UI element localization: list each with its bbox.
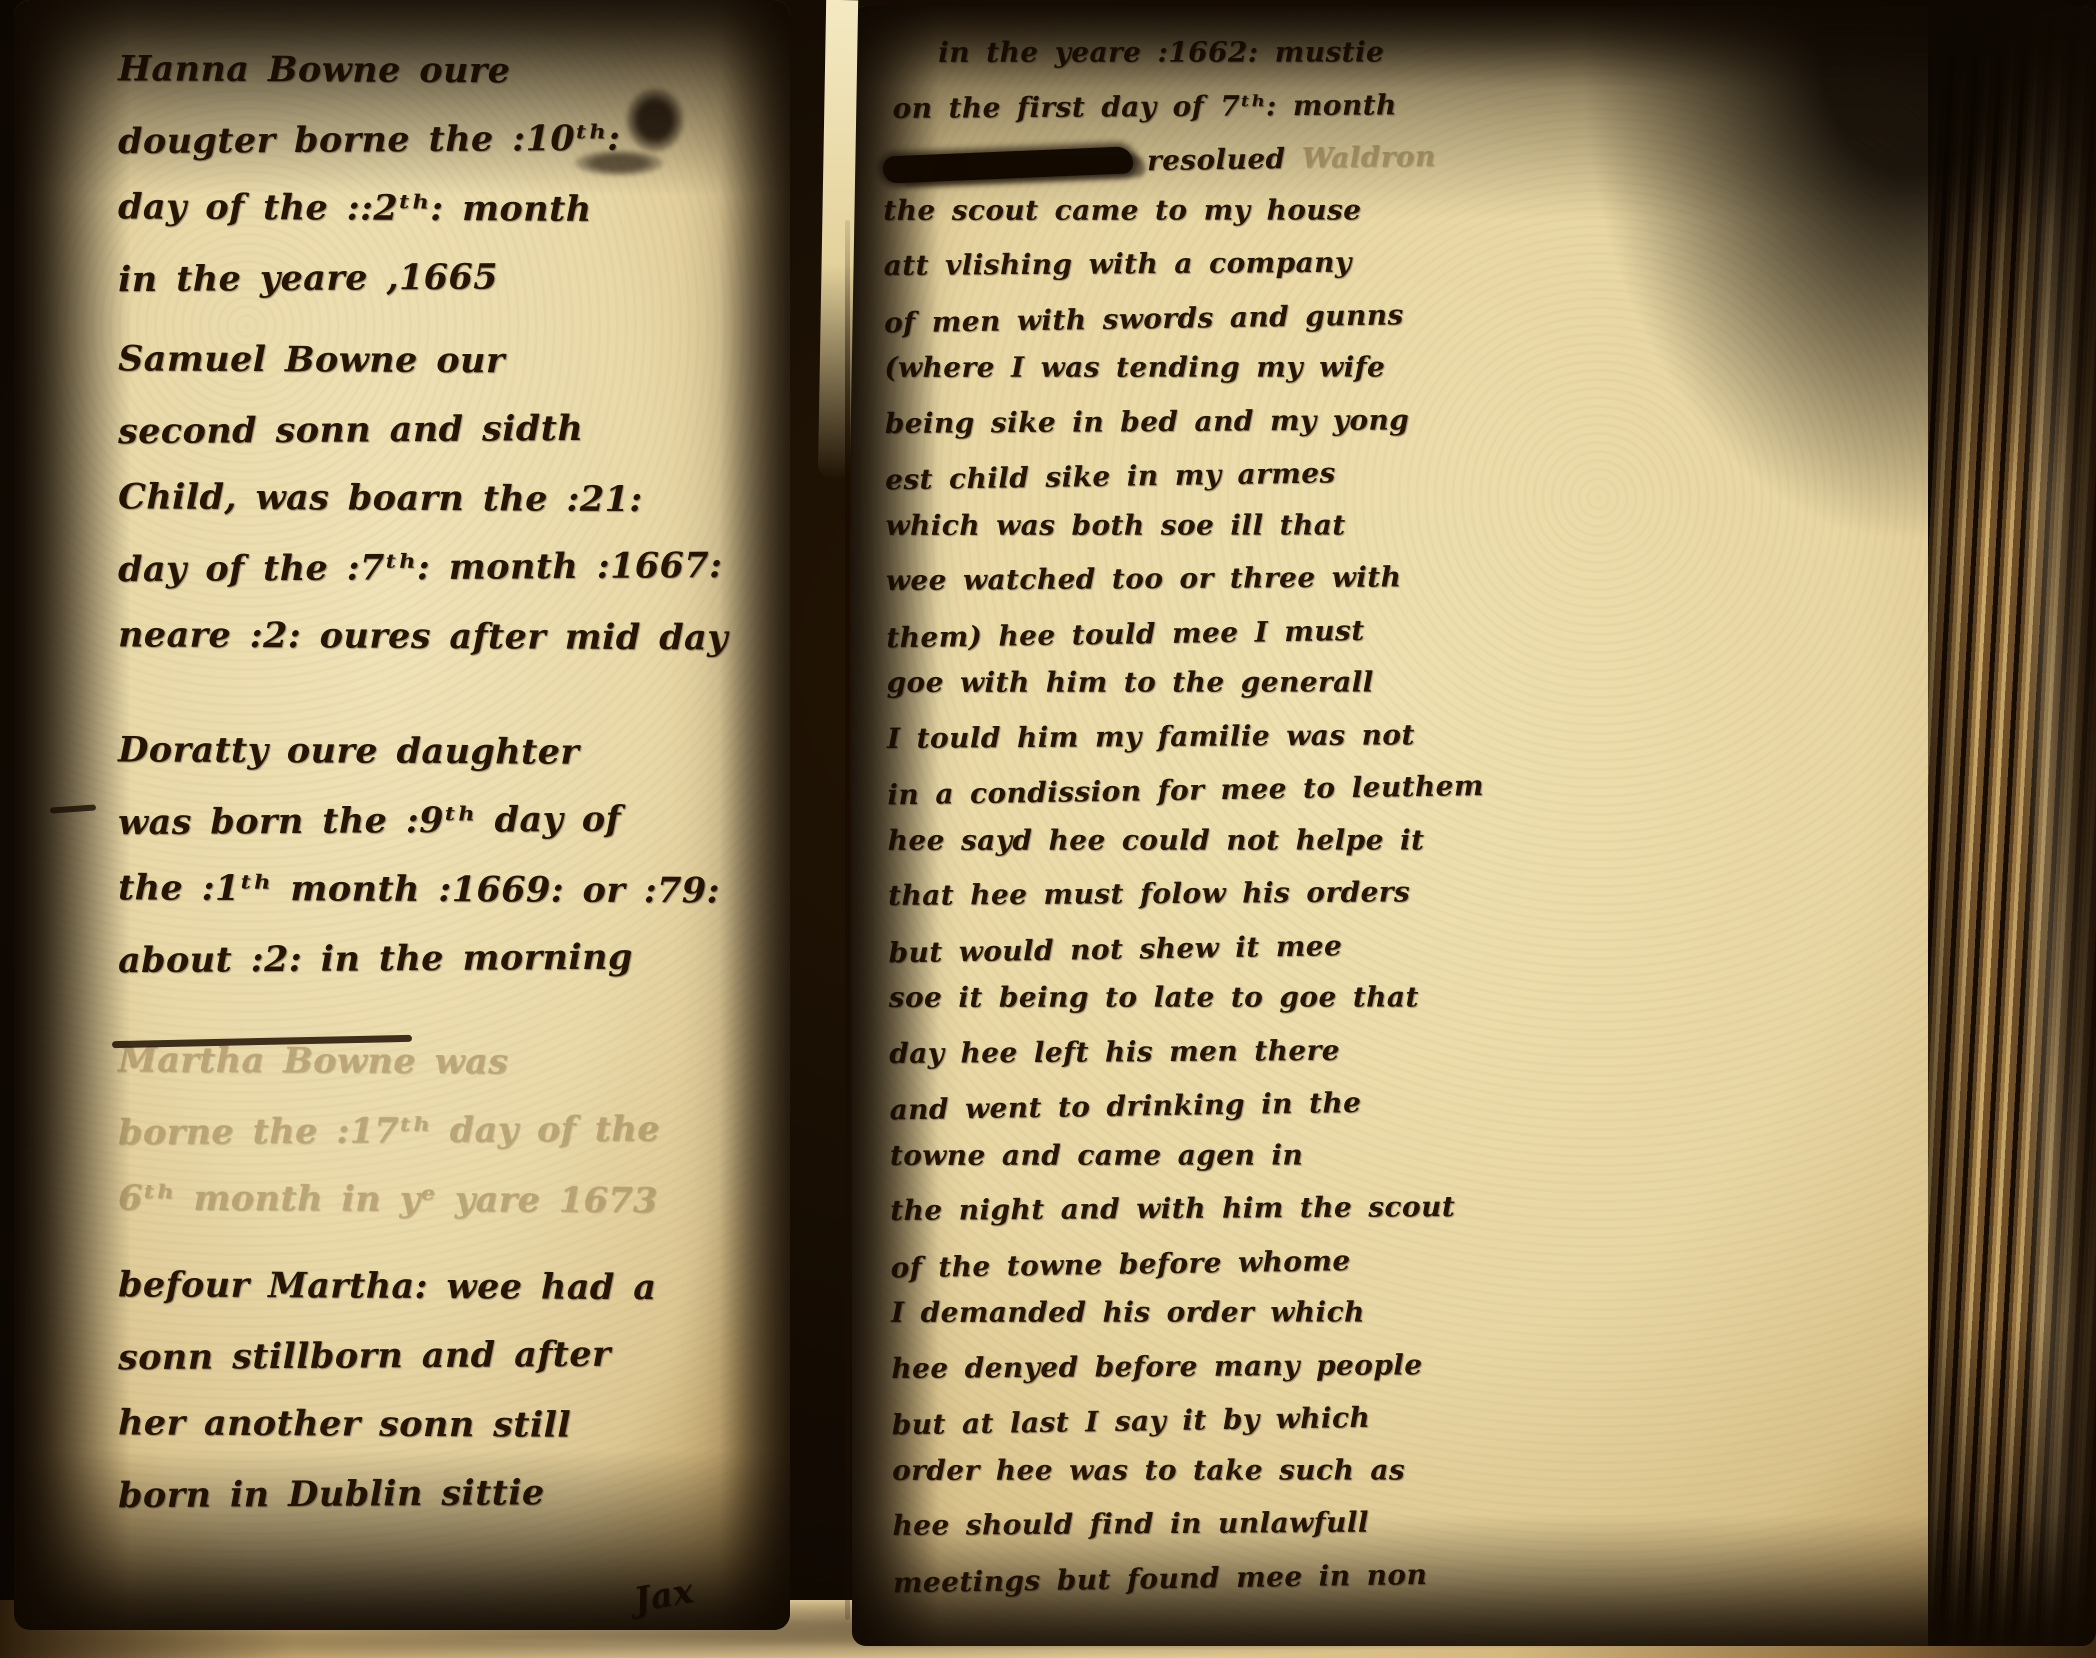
manuscript-line: order hee was to take such as xyxy=(892,1443,1902,1496)
right-page: in the yeare :1662: mustieon the first d… xyxy=(852,6,2096,1646)
manuscript-line: her another sonn still xyxy=(118,1388,750,1460)
page-stack-fore-edge xyxy=(1928,6,2096,1646)
manuscript-line: day of the :7ᵗʰ: month :1667: xyxy=(118,531,750,604)
line-text: the scout came to my house xyxy=(883,193,1361,226)
manuscript-line: the scout came to my house xyxy=(883,184,1893,237)
gutter-crease xyxy=(845,220,850,1620)
line-text: and went to drinking in the xyxy=(889,1086,1361,1126)
ink-smudge xyxy=(574,150,664,176)
line-text: order hee was to take such as xyxy=(892,1453,1405,1486)
line-text: att vlishing with a company xyxy=(884,246,1352,282)
manuscript-line: born in Dublin sittie xyxy=(118,1457,750,1530)
ink-smudge xyxy=(626,88,684,152)
line-text: day hee left his men there xyxy=(889,1033,1340,1069)
manuscript-line: Martha Bowne was xyxy=(118,1025,750,1097)
manuscript-line: neare :2: oures after mid day xyxy=(118,600,750,672)
manuscript-line: goe with him to the generall xyxy=(887,656,1897,709)
manuscript-line: borne the :17ᵗʰ day of the xyxy=(118,1094,750,1167)
right-page-text: in the yeare :1662: mustieon the first d… xyxy=(882,23,1903,1605)
manuscript-line: befour Martha: wee had a xyxy=(118,1250,750,1322)
line-text: hee sayd hee could not helpe it xyxy=(888,823,1425,856)
line-text: hee denyed before many people xyxy=(891,1348,1422,1385)
manuscript-line: Child, was boarn the :21: xyxy=(118,462,750,534)
left-page-text: Hanna Bowne ouredougter borne the :10ᵗʰ:… xyxy=(118,36,750,1542)
line-text: est child sike in my armes xyxy=(885,456,1336,496)
manuscript-line: in the yeare :1662: mustie xyxy=(882,26,1892,79)
line-text: that hee must folow his orders xyxy=(888,875,1410,912)
manuscript-line: was born the :9ᵗʰ day of xyxy=(118,784,750,857)
manuscript-line: Samuel Bowne our xyxy=(118,324,750,396)
line-text: soe it being to late to goe that xyxy=(889,980,1419,1013)
manuscript-line: 6ᵗʰ month in yᵉ yare 1673 xyxy=(118,1163,750,1235)
line-text: but at last I say it by which xyxy=(891,1401,1370,1442)
manuscript-line: (where I was tending my wife xyxy=(884,341,1894,394)
line-text: in the yeare :1662: mustie xyxy=(938,35,1384,68)
line-text: but would not shew it mee xyxy=(888,929,1342,969)
line-text: hee should find in unlawfull xyxy=(892,1506,1369,1542)
faded-pencil-word: Waldron xyxy=(1285,140,1436,175)
manuscript-line: hee sayd hee could not helpe it xyxy=(888,814,1898,867)
line-text: I tould him my familie was not xyxy=(887,718,1415,755)
line-text: which was both soe ill that xyxy=(885,508,1345,541)
line-text: towne and came agen in xyxy=(890,1138,1303,1171)
line-text: wee watched too or three with xyxy=(886,560,1402,597)
manuscript-line: second sonn and sidth xyxy=(118,393,750,466)
manuscript-line: I demanded his order which xyxy=(891,1286,1901,1339)
line-text: of the towne before whome xyxy=(890,1244,1350,1284)
manuscript-line: soe it being to late to goe that xyxy=(889,971,1899,1024)
entry: Samuel Bowne oursecond sonn and sidthChi… xyxy=(118,326,750,671)
line-text: the night and with him the scout xyxy=(890,1190,1455,1227)
manuscript-line: about :2: in the morning xyxy=(118,922,750,995)
manuscript-line: towne and came agen in xyxy=(890,1129,1900,1182)
manuscript-line: in the yeare ,1665 xyxy=(118,241,750,314)
manuscript-line: which was both soe ill that xyxy=(885,499,1895,552)
faded-entry: Martha Bowne wasborne the :17ᵗʰ day of t… xyxy=(118,1027,750,1234)
line-text: meetings but found mee in non xyxy=(893,1557,1428,1598)
line-text: (where I was tending my wife xyxy=(884,350,1385,383)
line-text: resolued xyxy=(1147,142,1286,177)
line-text: on the first day of 7ᵗʰ: month xyxy=(892,88,1396,125)
entry: Doratty oure daughterwas born the :9ᵗʰ d… xyxy=(118,717,750,993)
manuscript-line: day of the ::2ᵗʰ: month xyxy=(118,172,750,244)
entry: Hanna Bowne ouredougter borne the :10ᵗʰ:… xyxy=(118,36,750,312)
line-text: goe with him to the generall xyxy=(887,665,1374,698)
manuscript-line: the :1ᵗʰ month :1669: or :79: xyxy=(118,853,750,925)
line-text: being sike in bed and my yong xyxy=(885,403,1410,440)
line-text: in a condission for mee to leuthem xyxy=(887,769,1484,811)
left-page: Hanna Bowne ouredougter borne the :10ᵗʰ:… xyxy=(14,0,790,1630)
book-spread: Hanna Bowne ouredougter borne the :10ᵗʰ:… xyxy=(0,0,2096,1658)
line-text: them) hee tould mee I must xyxy=(886,613,1365,654)
entry: befour Martha: wee had asonn stillborn a… xyxy=(118,1252,750,1528)
ink-blot-strikethrough xyxy=(883,146,1134,183)
manuscript-line: Doratty oure daughter xyxy=(118,715,750,787)
line-text: I demanded his order which xyxy=(891,1295,1365,1328)
line-text: of men with swords and gunns xyxy=(884,298,1404,339)
manuscript-line: sonn stillborn and after xyxy=(118,1319,750,1392)
